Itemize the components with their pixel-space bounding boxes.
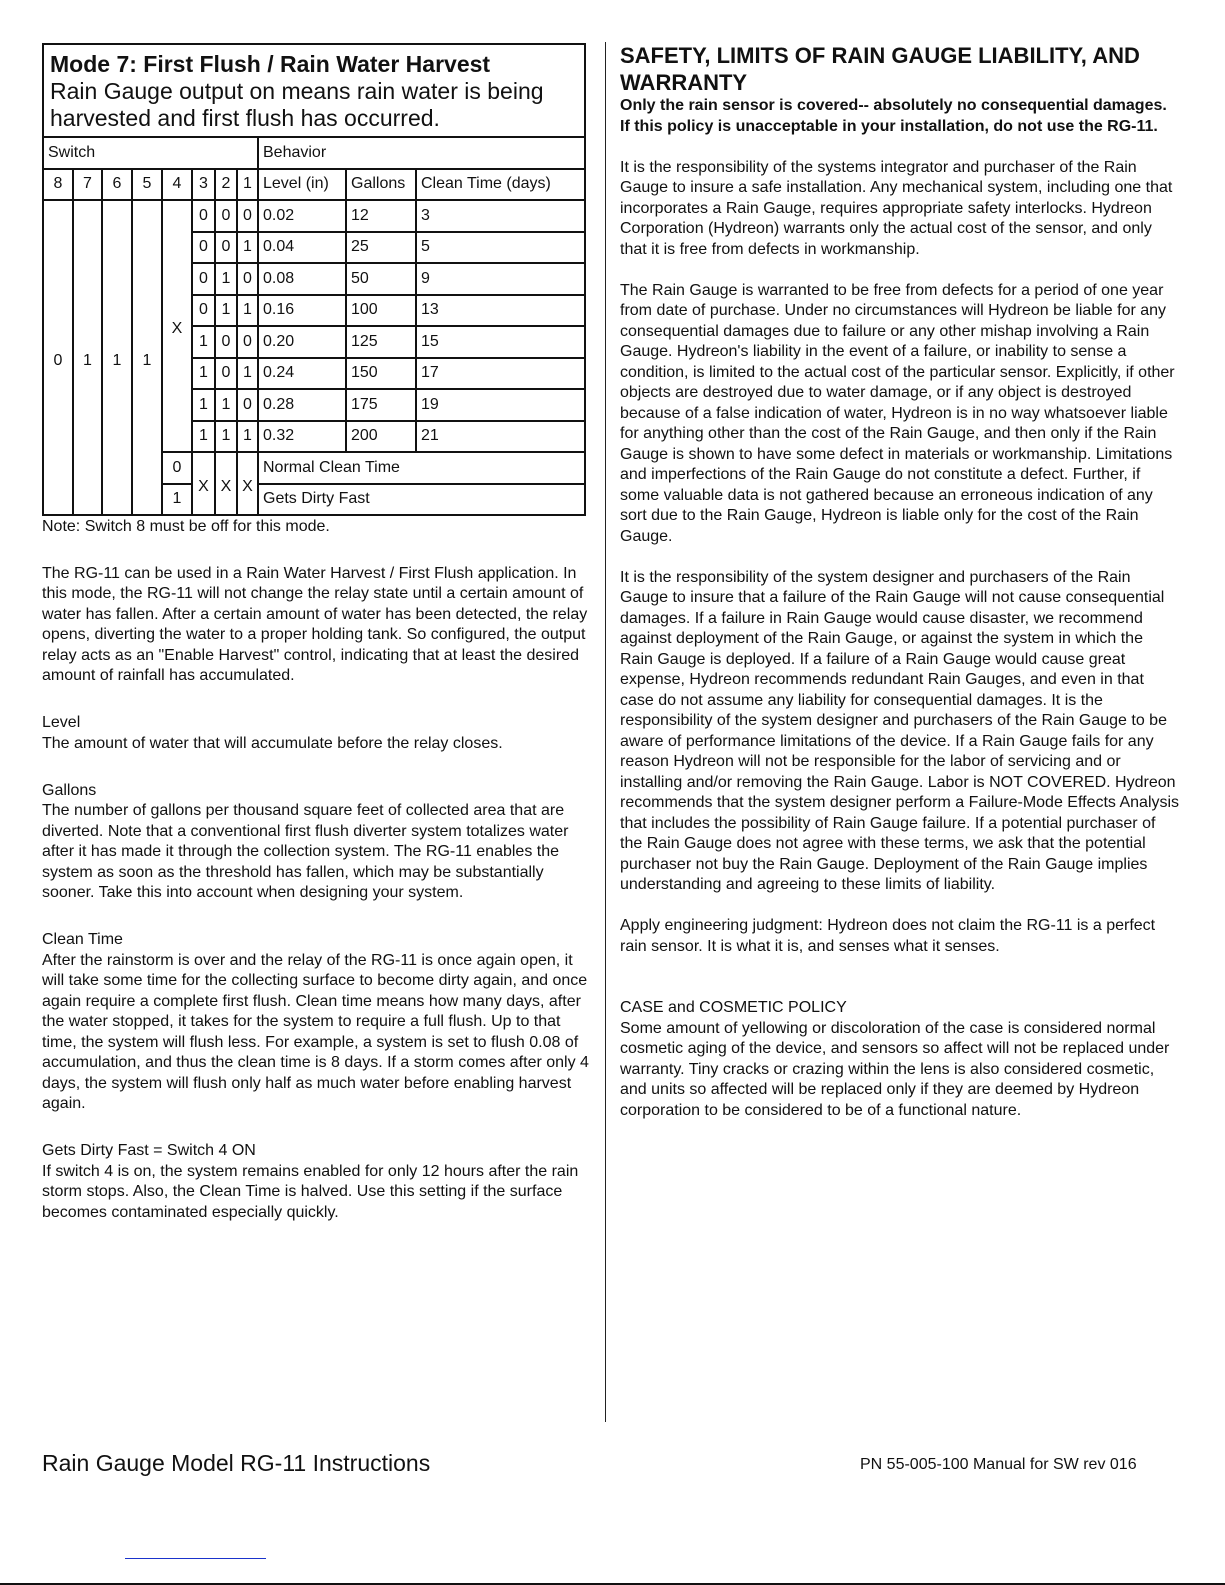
gets-dirty-fast-heading: Gets Dirty Fast = Switch 4 ON — [42, 1141, 592, 1162]
level-text: The amount of water that will accumulate… — [42, 734, 592, 755]
gets-dirty-fast-text: If switch 4 is on, the system remains en… — [42, 1162, 592, 1224]
level-header: Level (in) — [258, 169, 346, 201]
level-cell: 0.02 — [258, 200, 346, 232]
switch-2-cell: 0 — [215, 200, 237, 232]
switch-3-cell: 0 — [192, 295, 215, 327]
clean-time-cell: 5 — [416, 232, 585, 264]
switch-8-value: 0 — [43, 200, 73, 515]
warranty-paragraph-3: It is the responsibility of the system d… — [620, 568, 1180, 896]
gallons-cell: 125 — [346, 326, 416, 358]
switch-3-header: 3 — [192, 169, 215, 201]
case-policy-text: Some amount of yellowing or discoloratio… — [620, 1019, 1180, 1122]
switch-4-cell: 1 — [162, 484, 192, 516]
switch-4-header: 4 — [162, 169, 192, 201]
gallons-cell: 175 — [346, 389, 416, 421]
case-policy-heading: CASE and COSMETIC POLICY — [620, 998, 1180, 1019]
switch-3-cell: 1 — [192, 389, 215, 421]
table-title-row: Mode 7: First Flush / Rain Water Harvest… — [43, 44, 585, 137]
warranty-paragraph-4: Apply engineering judgment: Hydreon does… — [620, 916, 1180, 957]
level-cell: 0.32 — [258, 421, 346, 453]
behavior-group-header: Behavior — [258, 137, 585, 169]
clean-time-cell: 17 — [416, 358, 585, 390]
switch-6-value: 1 — [102, 200, 132, 515]
gallons-header: Gallons — [346, 169, 416, 201]
switch-2-header: 2 — [215, 169, 237, 201]
switch-group-header: Switch — [43, 137, 258, 169]
column-header-row: 8 7 6 5 4 3 2 1 Level (in) Gallons Clean… — [43, 169, 585, 201]
footer-part-number: PN 55-005-100 Manual for SW rev 016 — [860, 1456, 1137, 1474]
switch-5-header: 5 — [132, 169, 162, 201]
group-header-row: Switch Behavior — [43, 137, 585, 169]
clean-time-heading: Clean Time — [42, 930, 592, 951]
gallons-cell: 50 — [346, 263, 416, 295]
clean-time-cell: 19 — [416, 389, 585, 421]
column-divider — [605, 42, 606, 1422]
switch-3-cell: 1 — [192, 326, 215, 358]
switch-3-cell: 1 — [192, 421, 215, 453]
clean-time-cell: 13 — [416, 295, 585, 327]
right-column: SAFETY, LIMITS OF RAIN GAUGE LIABILITY, … — [620, 42, 1180, 1121]
mode-title: Mode 7: First Flush / Rain Water Harvest — [50, 51, 578, 78]
mode-subtitle: Rain Gauge output on means rain water is… — [50, 78, 578, 132]
switch-2-cell: X — [215, 452, 237, 515]
switch-2-cell: 1 — [215, 263, 237, 295]
switch-3-cell: 1 — [192, 358, 215, 390]
switch-3-cell: 0 — [192, 232, 215, 264]
level-cell: 0.20 — [258, 326, 346, 358]
level-heading: Level — [42, 713, 592, 734]
switch-2-cell: 1 — [215, 389, 237, 421]
switch-3-cell: X — [192, 452, 215, 515]
clean-time-cell: 3 — [416, 200, 585, 232]
gallons-cell: 25 — [346, 232, 416, 264]
switch-8-header: 8 — [43, 169, 73, 201]
level-cell: 0.08 — [258, 263, 346, 295]
switch-3-cell: 0 — [192, 200, 215, 232]
clean-time-cell: 9 — [416, 263, 585, 295]
switch-1-header: 1 — [237, 169, 258, 201]
level-cell: 0.24 — [258, 358, 346, 390]
gallons-cell: 150 — [346, 358, 416, 390]
switch-2-cell: 1 — [215, 421, 237, 453]
switch-2-cell: 0 — [215, 326, 237, 358]
gallons-cell: 12 — [346, 200, 416, 232]
switch-5-value: 1 — [132, 200, 162, 515]
switch-1-cell: 0 — [237, 389, 258, 421]
intro-paragraph: The RG-11 can be used in a Rain Water Ha… — [42, 564, 592, 687]
footer-title: Rain Gauge Model RG-11 Instructions — [42, 1450, 430, 1477]
switch-1-cell: 0 — [237, 263, 258, 295]
left-column: Mode 7: First Flush / Rain Water Harvest… — [42, 43, 592, 1223]
mode-7-switch-table: Mode 7: First Flush / Rain Water Harvest… — [42, 43, 586, 516]
switch-2-cell: 0 — [215, 358, 237, 390]
switch-6-header: 6 — [102, 169, 132, 201]
level-cell: 0.04 — [258, 232, 346, 264]
warranty-bold-notice: Only the rain sensor is covered-- absolu… — [620, 96, 1180, 137]
clean-time-cell: 15 — [416, 326, 585, 358]
switch-3-cell: 0 — [192, 263, 215, 295]
warranty-paragraph-1: It is the responsibility of the systems … — [620, 158, 1180, 261]
switch-1-cell: 0 — [237, 200, 258, 232]
gallons-cell: 200 — [346, 421, 416, 453]
gallons-text: The number of gallons per thousand squar… — [42, 801, 592, 904]
clean-time-header: Clean Time (days) — [416, 169, 585, 201]
table-row: 0 1 1 1 X 0 0 0 0.02 12 3 — [43, 200, 585, 232]
switch-2-cell: 1 — [215, 295, 237, 327]
warranty-title: SAFETY, LIMITS OF RAIN GAUGE LIABILITY, … — [620, 42, 1180, 96]
warranty-paragraph-2: The Rain Gauge is warranted to be free f… — [620, 281, 1180, 548]
normal-clean-time-cell: Normal Clean Time — [258, 452, 585, 484]
gallons-heading: Gallons — [42, 781, 592, 802]
switch-1-cell: 1 — [237, 295, 258, 327]
gallons-cell: 100 — [346, 295, 416, 327]
switch-1-cell: 1 — [237, 421, 258, 453]
clean-time-cell: 21 — [416, 421, 585, 453]
link-underline — [125, 1558, 266, 1559]
switch-1-cell: X — [237, 452, 258, 515]
switch-2-cell: 0 — [215, 232, 237, 264]
table-title-cell: Mode 7: First Flush / Rain Water Harvest… — [43, 44, 585, 137]
level-cell: 0.16 — [258, 295, 346, 327]
gets-dirty-fast-cell: Gets Dirty Fast — [258, 484, 585, 516]
switch-7-header: 7 — [73, 169, 102, 201]
switch-1-cell: 0 — [237, 326, 258, 358]
switch-7-value: 1 — [73, 200, 102, 515]
clean-time-text: After the rainstorm is over and the rela… — [42, 951, 592, 1115]
table-note: Note: Switch 8 must be off for this mode… — [42, 517, 592, 537]
switch-1-cell: 1 — [237, 232, 258, 264]
level-cell: 0.28 — [258, 389, 346, 421]
switch-4-value: X — [162, 200, 192, 452]
switch-1-cell: 1 — [237, 358, 258, 390]
switch-4-cell: 0 — [162, 452, 192, 484]
